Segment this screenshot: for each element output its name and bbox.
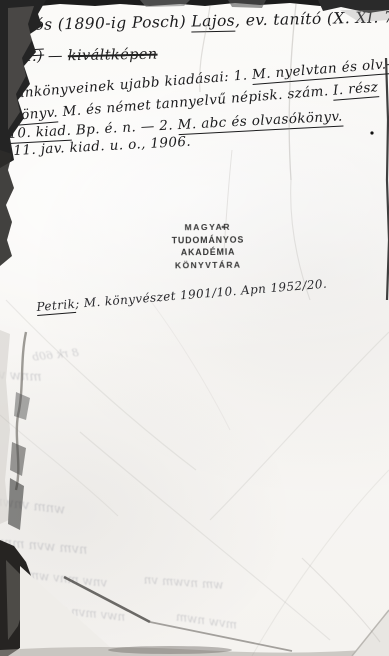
ink-dot — [370, 131, 373, 134]
torn-edge-top-smudge — [228, 0, 266, 8]
handwriting-line-1: Pós (1890-ig Posch) Lajos, ev. tanító (X… — [24, 8, 389, 34]
bleedthrough-line: mvw nwm — [175, 609, 238, 631]
left-edge-patch — [14, 392, 30, 420]
torn-edge-top-smudge — [140, 0, 190, 7]
accession-note: Petrik; M. könyvészet 1901/10. Apn 1952/… — [36, 277, 328, 314]
accession-note-underlined: Petrik — [36, 297, 76, 316]
stamp-line-3: KÖNYVTÁRA — [148, 258, 268, 272]
folded-corner-bottom-right — [352, 610, 389, 656]
accession-note-number: Apn 1952/20. — [240, 277, 327, 298]
corner-shelf-number: 803 — [0, 586, 12, 624]
handwriting-line-2: h.) — kiváltképen — [22, 47, 158, 65]
accession-note-middle: ; M. könyvészet 1901/10. — [75, 284, 242, 311]
bleedthrough-line: nwv mvn wv m — [34, 601, 126, 624]
torn-edge-top — [0, 0, 389, 7]
handwriting-line-1-end: , ev. tanító (X. XI. 7s. — [235, 8, 389, 30]
library-stamp: MAGYAR TUDOMÁNYOS AKADÉMIA KÖNYVTÁRA — [148, 220, 269, 271]
stamp-line-2: TUDOMÁNYOS AKADÉMIA — [148, 233, 268, 259]
torn-edge-left — [0, 150, 14, 266]
scanned-document-page: Pós (1890-ig Posch) Lajos, ev. tanító (X… — [0, 0, 389, 656]
handwriting-line-2-struck-word: kiváltképen — [68, 47, 158, 65]
left-crease-line — [16, 332, 26, 490]
bleedthrough-line: wnm vnwm mwv nv mw — [0, 484, 66, 518]
handwriting-line-1-name-underlined: Lajos — [191, 12, 235, 33]
handwriting-line-4-underlined-end: I. rész — [332, 79, 378, 100]
bleedthrough-line: wm nvwm vn — [143, 572, 224, 592]
crease — [6, 300, 196, 470]
fold-edge-bottom-right — [352, 610, 389, 656]
handwriting-line-5-underlined-end: M. abc és olvasókönyv. — [177, 108, 343, 135]
handwriting-line-2-start: h.) — — [22, 48, 68, 65]
crease — [210, 332, 389, 520]
left-edge-patch — [10, 442, 26, 476]
bottom-edge-smudge — [108, 646, 232, 654]
crease — [252, 470, 389, 656]
bleedthrough-line: vnw mnv wmv n — [9, 566, 108, 590]
crease — [302, 558, 380, 642]
crease — [150, 300, 230, 430]
bleedthrough-line: 8 rk 60b — [31, 346, 79, 364]
bleedthrough-line: nvm wvn mnw vnm wv nmv w — [0, 526, 88, 558]
handwriting-line-1-start: Pós (1890-ig Posch) — [24, 12, 192, 33]
bottom-edge-shadow — [0, 647, 389, 656]
